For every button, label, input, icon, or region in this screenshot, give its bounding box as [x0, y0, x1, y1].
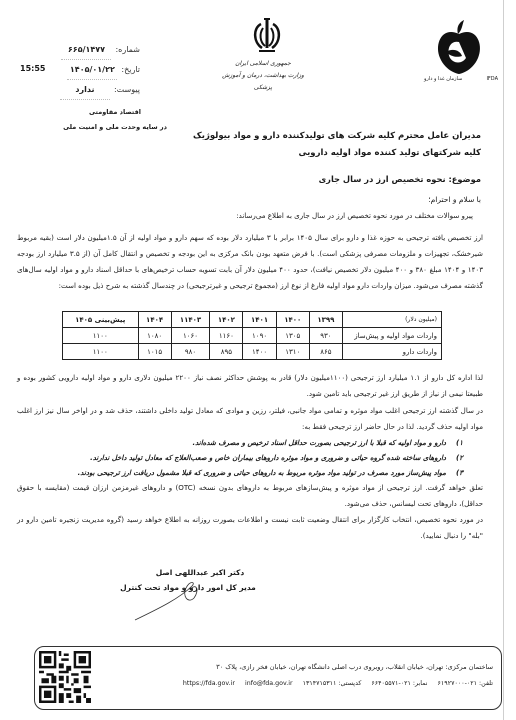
signer-name: دکتر اکبر عبداللهی اصل	[140, 568, 260, 577]
greeting: با سلام و احترام؛	[428, 195, 481, 204]
footer-postal-code: کدپستی: ۱۳۱۴۷۱۵۳۱۱	[303, 680, 362, 687]
paragraph-budget: ارز تخصیص یافته ترجیحی به حوزه غذا و دار…	[17, 230, 483, 294]
recipient-line1: مدیران عامل محترم کلیه شرکت های تولیدکنن…	[81, 128, 481, 145]
list-number: ۳)	[456, 466, 463, 481]
table-cell: ۱۰۶۰	[171, 328, 210, 344]
table-cell: ۱۰۹۰	[243, 328, 276, 344]
attachment-row: پیوست: ندارد	[20, 80, 140, 100]
list-text: دارو و مواد اولیه که قبلا با ارز ترجیحی …	[192, 436, 446, 451]
list-number: ۱)	[456, 436, 463, 451]
recipient-line2: کلیه شرکتهای تولید کننده مواد اولیه دارو…	[81, 145, 481, 162]
ministry-caption: جمهوری اسلامی ایران وزارت بهداشت، درمان …	[220, 58, 306, 94]
paragraph-coverage: لذا اداره کل دارو از ۱.۱ میلیارد ارز ترج…	[17, 370, 483, 402]
paragraph-last-year: در سال گذشته ارز ترجیحی اغلب مواد موثره …	[17, 403, 483, 435]
number-row: شماره: ۶۶۵/۱۴۷۷	[20, 40, 140, 60]
row-label: واردات دارو	[343, 344, 442, 360]
table-cell: ۱۴۰۰	[243, 344, 276, 360]
list-text: داروهای ساخته شده گروه حیاتی و ضروری و م…	[90, 451, 446, 466]
table-cell: ۱۱۰۰	[63, 328, 139, 344]
footer-website-link[interactable]: https://fda.gov.ir	[183, 680, 235, 687]
ministry-line2: وزارت بهداشت، درمان و آموزش پزشکی	[220, 70, 306, 94]
row-label: واردات مواد اولیه و پیش‌ساز	[343, 328, 442, 344]
footer-contact-row: تلفن: ۰۲۱-۶۱۹۲۷۰۰۰ نمابر: ۰۲۱-۶۶۴۰۵۵۷۱ ک…	[183, 680, 493, 687]
paragraph-intro: پیرو سوالات مختلف در مورد نحوه تخصیص ارز…	[33, 208, 473, 224]
table-cell: ۱۰۱۵	[138, 344, 171, 360]
table-cell: ۱۳۱۰	[276, 344, 309, 360]
col-header: پیش‌بینی ۱۴۰۵	[63, 312, 139, 328]
fda-caption-en: IFDA	[486, 76, 498, 82]
date-value: ۱۴۰۵/۰۱/۲۲	[67, 60, 117, 80]
table-row: واردات دارو ۸۶۵ ۱۳۱۰ ۱۴۰۰ ۸۹۵ ۹۸۰ ۱۰۱۵ ۱…	[63, 344, 442, 360]
table-cell: ۱۱۶۰	[210, 328, 243, 344]
table-header-row: (میلیون دلار) ۱۳۹۹ ۱۴۰۰ ۱۴۰۱ ۱۴۰۲ ۱۱۴۰۳ …	[63, 312, 442, 328]
col-header: ۱۴۰۰	[276, 312, 309, 328]
table-cell: ۱۰۸۰	[138, 328, 171, 344]
list-item: ۳) مواد پیش‌ساز مورد مصرف در تولید مواد …	[23, 466, 463, 481]
ministry-line1: جمهوری اسلامی ایران	[220, 58, 306, 70]
number-label: شماره:	[115, 40, 140, 60]
unit-label: (میلیون دلار)	[343, 312, 442, 328]
list-text: مواد پیش‌ساز مورد مصرف در تولید مواد موث…	[78, 466, 446, 481]
attachment-value: ندارد	[60, 80, 110, 100]
recipient-block: مدیران عامل محترم کلیه شرکت های تولیدکنن…	[81, 128, 481, 162]
table-cell: ۱۳۰۵	[276, 328, 309, 344]
footer-box: ساختمان مرکزی: تهران، خیابان انقلاب، روب…	[34, 646, 502, 710]
signer-title: مدیر کل امور دارو و مواد تحت کنترل	[118, 583, 258, 592]
subject-line: موضوع: نحوه تخصیص ارز در سال جاری	[319, 174, 481, 184]
date-label: تاریخ:	[121, 60, 140, 80]
letter-page: شماره: ۶۶۵/۱۴۷۷ تاریخ: ۱۴۰۵/۰۱/۲۲ پیوست:…	[0, 0, 503, 720]
footer-address: ساختمان مرکزی: تهران، خیابان انقلاب، روب…	[216, 663, 493, 671]
table-cell: ۸۶۵	[309, 344, 342, 360]
table-cell: ۸۹۵	[210, 344, 243, 360]
col-header: ۱۴۰۲	[210, 312, 243, 328]
col-header: ۱۴۰۴	[138, 312, 171, 328]
fda-caption-fa: سازمان غذا و دارو	[424, 76, 462, 82]
list-item: ۲) داروهای ساخته شده گروه حیاتی و ضروری …	[23, 451, 463, 466]
list-item: ۱) دارو و مواد اولیه که قبلا با ارز ترجی…	[23, 436, 463, 451]
table-cell: ۹۸۰	[171, 344, 210, 360]
col-header: ۱۱۴۰۳	[171, 312, 210, 328]
footer-phone: تلفن: ۰۲۱-۶۱۹۲۷۰۰۰	[438, 680, 493, 687]
footer-fax: نمابر: ۰۲۱-۶۶۴۰۵۵۷۱	[371, 680, 427, 687]
preferential-list: ۱) دارو و مواد اولیه که قبلا با ارز ترجی…	[23, 436, 463, 481]
fda-caption: سازمان غذا و دارو IFDA	[424, 76, 498, 82]
fda-logo-icon	[432, 20, 486, 78]
col-header: ۱۳۹۹	[309, 312, 342, 328]
table-row: واردات مواد اولیه و پیش‌ساز ۹۳۰ ۱۳۰۵ ۱۰۹…	[63, 328, 442, 344]
page-edge-divider	[503, 0, 504, 720]
letter-meta: شماره: ۶۶۵/۱۴۷۷ تاریخ: ۱۴۰۵/۰۱/۲۲ پیوست:…	[20, 40, 140, 100]
imports-table: (میلیون دلار) ۱۳۹۹ ۱۴۰۰ ۱۴۰۱ ۱۴۰۲ ۱۱۴۰۳ …	[62, 311, 442, 360]
paragraph-exclusions: تعلق خواهد گرفت. ارز ترجیحی از مواد موثر…	[17, 480, 483, 512]
number-value: ۶۶۵/۱۴۷۷	[61, 40, 111, 60]
table-cell: ۱۱۰۰	[63, 344, 139, 360]
paragraph-broker: در مورد نحوه تخصیص، انتخاب کارگزار برای …	[17, 512, 483, 544]
col-header: ۱۴۰۱	[243, 312, 276, 328]
slogan-line1: اقتصاد مقاومتی	[60, 105, 170, 120]
time-value: 15:55	[20, 59, 45, 78]
table-cell: ۹۳۰	[309, 328, 342, 344]
iran-emblem-icon	[250, 18, 284, 54]
attachment-label: پیوست:	[114, 80, 140, 100]
footer-email-link[interactable]: info@fda.gov.ir	[245, 680, 293, 687]
list-number: ۲)	[456, 451, 463, 466]
qr-code-icon	[39, 651, 91, 703]
